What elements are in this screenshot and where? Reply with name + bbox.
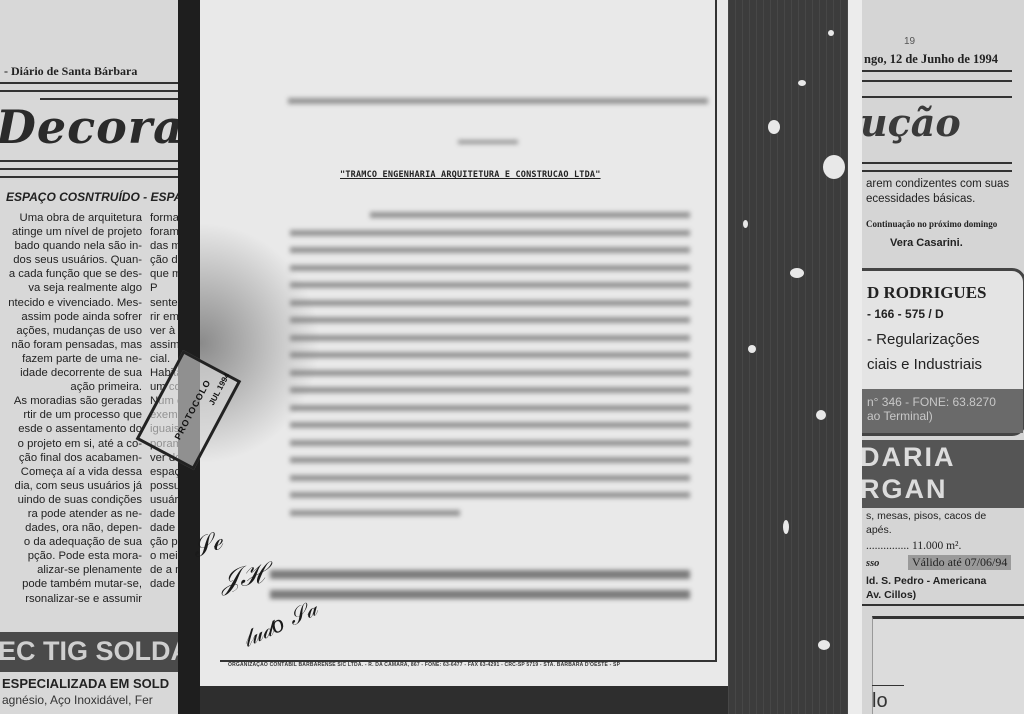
newspaper-date: ngo, 12 de Junho de 1994: [864, 52, 998, 67]
ad-line: ciais e Industriais: [867, 356, 982, 373]
ad-line: apés.: [866, 524, 892, 536]
article-line: uindo de suas condições: [0, 493, 142, 507]
board-speck: [823, 155, 845, 179]
article-line: ção final dos acabamen-: [0, 451, 142, 465]
article-line: dia, com seus usuários já: [0, 479, 142, 493]
article-text: ecessidades básicas.: [866, 193, 975, 205]
ad-line: agnésio, Aço Inoxidável, Fer: [2, 693, 153, 707]
section-title: ução: [862, 100, 961, 145]
redacted-line: [290, 265, 690, 271]
redacted-line: [290, 317, 690, 323]
redacted-line: [270, 570, 690, 579]
redacted-line: [290, 475, 690, 481]
ad-address: n° 346 - FONE: 63.8270: [867, 395, 996, 409]
advertisement-rodrigues: D RODRIGUES - 166 - 575 / D - Regulariza…: [862, 268, 1024, 436]
redacted-line: [290, 335, 690, 341]
redacted-line: [290, 247, 690, 253]
article-line: o da adequação de sua: [0, 535, 142, 549]
divider: [862, 80, 1012, 82]
redacted-line: [290, 300, 690, 306]
redacted-line: [290, 352, 690, 358]
ad-box: [872, 616, 1024, 714]
ad-name: D RODRIGUES: [867, 283, 987, 303]
redacted-line: [290, 510, 460, 516]
board-speck: [768, 120, 780, 134]
redacted-line: [458, 140, 518, 144]
redacted-line: [290, 492, 690, 498]
article-line: pode também mutar-se,: [0, 577, 142, 591]
advertisement-banner: DARIA RGAN: [862, 440, 1024, 508]
article-line: ntecido e vivenciado. Mes-: [0, 296, 142, 310]
divider: [862, 170, 1012, 172]
ad-line: - Regularizações: [867, 331, 980, 348]
document-footer: ORGANIZAÇÃO CONTÁBIL BARBARENSE S/C LTDA…: [228, 662, 620, 668]
continuation-note: Continuação no próximo domingo: [866, 219, 997, 229]
article-line: não foram pensadas, mas: [0, 338, 142, 352]
board-bottom: [200, 686, 728, 714]
article-line: dades, ora não, depen-: [0, 521, 142, 535]
redacted-line: [290, 405, 690, 411]
redacted-line: [290, 370, 690, 376]
document-title: "TRAMCO ENGENHARIA ARQUITETURA E CONSTRU…: [340, 170, 601, 180]
redacted-line: [290, 230, 690, 236]
divider: [0, 90, 190, 92]
article-line: idade decorrente de sua: [0, 366, 142, 380]
divider: [0, 168, 190, 170]
ad-banner-text: DARIA: [862, 442, 956, 473]
divider: [0, 160, 190, 162]
right-newspaper-clipping: 19 ngo, 12 de Junho de 1994 ução arem co…: [862, 0, 1024, 714]
divider: [862, 162, 1012, 164]
article-line: fazem parte de uma ne-: [0, 352, 142, 366]
article-line: pção. Pode esta mora-: [0, 549, 142, 563]
redacted-line: [290, 440, 690, 446]
ad-banner-text: EC TIG SOLDA: [0, 636, 190, 667]
board-speck: [818, 640, 830, 650]
redacted-line: [290, 457, 690, 463]
section-subtitle: ESPAÇO COSNTRUÍDO - ESPAÇ: [6, 190, 191, 204]
newspaper-masthead: - Diário de Santa Bárbara: [4, 64, 137, 79]
redacted-line: [270, 590, 690, 599]
divider: [862, 96, 1012, 98]
article-line: As moradias são geradas: [0, 394, 142, 408]
article-line: dos seus usuários. Quan-: [0, 253, 142, 267]
stamp-date: JUL 1994: [207, 372, 231, 407]
author-name: Vera Casarini.: [890, 237, 963, 249]
divider: [862, 604, 1024, 606]
redacted-line: [290, 387, 690, 393]
ad-line: s, mesas, pisos, cacos de: [866, 510, 986, 522]
redacted-line: [290, 282, 690, 288]
article-line: ação primeira.: [0, 380, 142, 394]
article-column-1: Uma obra de arquiteturaatinge um nível d…: [0, 211, 142, 606]
board-speck: [743, 220, 748, 228]
ad-number: - 166 - 575 / D: [867, 307, 944, 321]
divider: [0, 176, 190, 178]
ad-line: ESPECIALIZADA EM SOLD: [2, 676, 169, 691]
article-line: rtir de um processo que: [0, 408, 142, 422]
redacted-line: [370, 212, 690, 218]
divider: [862, 70, 1012, 72]
article-line: Uma obra de arquitetura: [0, 211, 142, 225]
board-speck: [783, 520, 789, 534]
board-speck: [790, 268, 804, 278]
article-line: atinge um nível de projeto: [0, 225, 142, 239]
redacted-line: [290, 422, 690, 428]
board-speck: [748, 345, 756, 353]
page-number: 19: [904, 36, 915, 47]
board-speck: [816, 410, 826, 420]
cork-board: [728, 0, 848, 714]
article-line: bado quando nela são in-: [0, 239, 142, 253]
ad-banner: EC TIG SOLDA: [0, 632, 190, 672]
ad-address-band: n° 346 - FONE: 63.8270 ao Terminal): [862, 389, 1023, 433]
article-line: ra pode atender as ne-: [0, 507, 142, 521]
stamp-label: PROTOCOLO: [173, 378, 213, 442]
ad-banner-text: RGAN: [862, 474, 948, 505]
redacted-line: [288, 98, 708, 104]
article-text: arem condizentes com suas: [866, 178, 1009, 190]
board-speck: [828, 30, 834, 36]
article-line: va seja realmente algo: [0, 281, 142, 295]
ad-line: Av. Cillos): [866, 589, 916, 601]
section-title: Decoraç: [0, 100, 200, 154]
board-speck: [798, 80, 806, 86]
article-line: ações, mudanças de uso: [0, 324, 142, 338]
article-line: a cada função que se des-: [0, 267, 142, 281]
ad-address: ao Terminal): [867, 409, 933, 423]
validity-label: Válido até 07/06/94: [908, 555, 1011, 570]
article-line: alizar-se plenamente: [0, 563, 142, 577]
ad-line: ld. S. Pedro - Americana: [866, 575, 986, 587]
article-line: rsonalizar-se e assumir: [0, 592, 142, 606]
ad-label: sso: [866, 558, 879, 569]
text-fragment: lo: [872, 690, 888, 713]
divider: [872, 685, 904, 686]
left-newspaper-clipping: - Diário de Santa Bárbara Decoraç ESPAÇO…: [0, 0, 200, 714]
divider: [0, 82, 190, 84]
article-line: o projeto em si, até a co-: [0, 437, 142, 451]
article-line: esde o assentamento do: [0, 422, 142, 436]
paper-gap: [848, 0, 862, 714]
article-line: Começa aí a vida dessa: [0, 465, 142, 479]
article-line: assim pode ainda sofrer: [0, 310, 142, 324]
legal-document: "TRAMCO ENGENHARIA ARQUITETURA E CONSTRU…: [200, 0, 728, 686]
ad-line: ............... 11.000 m².: [866, 540, 961, 552]
